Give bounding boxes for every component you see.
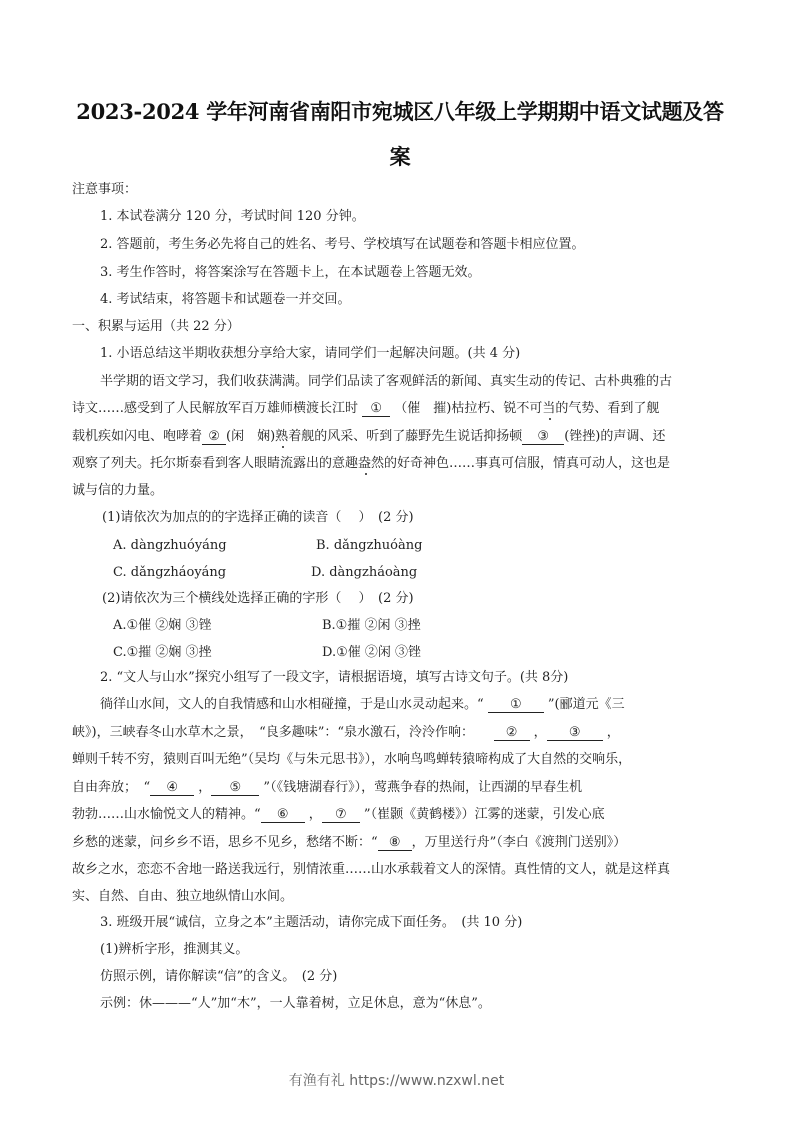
emphasis-dot-char: 当 [542,401,555,416]
option-a: A.①催 ②娴 ③锉 [113,617,211,635]
footer-watermark: 有渔有礼 https://www.nzxwl.net [0,1070,793,1090]
q1-sub1-stem: (1)请依次为加点的的字选择正确的读音（ ） (2 分) [102,509,414,527]
emphasis-dot-char: 熟 [275,429,288,444]
option-c: C. dǎngzháoyáng [113,564,226,582]
question-3-stem: 3. 班级开展“诚信，立身之本”主题活动，请你完成下面任务。 (共 10 分) [100,914,522,932]
blank-1: ① [488,697,544,713]
blank-2: ② [494,725,530,741]
notice-item: 3. 考生作答时，将答案涂写在答题卡上，在本试题卷上答题无效。 [100,264,481,282]
blank-1: ① [362,401,390,417]
q1-passage-line: 半学期的语文学习，我们收获满满。同学们品读了客观鲜活的新闻、真实生动的传记、古朴… [100,373,672,391]
notice-item: 4. 考试结束，将答题卡和试题卷一并交回。 [100,291,351,309]
emphasis-dot-char: 盎 [358,456,371,471]
question-1-stem: 1. 小语总结这半期收获想分享给大家，请同学们一起解决问题。(共 4 分) [100,345,520,363]
q1-passage-line: 诚与信的力量。 [72,482,163,500]
option-d: D. dàngzháoàng [311,564,417,582]
q1-passage-line: 诗文……感受到了人民解放军百万雄师横渡长江时 ① （催 摧)枯拉朽、锐不可当的气… [72,400,659,418]
page-title-line2: 案 [60,141,740,171]
page-title-line1: 2023-2024 学年河南省南阳市宛城区八年级上学期期中语文试题及答 [60,96,740,126]
blank-5: ⑤ [211,780,259,796]
blank-7: ⑦ [322,807,360,823]
q2-passage-line: 徜徉山水间，文人的自我情感和山水相碰撞，于是山水灵动起来。“ ① ”(郦道元《三 [100,696,625,714]
q2-passage-line: 自由奔放； “④ ，⑤ ”（《钱塘湖春行》），莺燕争春的热闹，让西湖的早春生机 [72,779,582,797]
q3-example: 示例：休———“人”加“木”，一人靠着树，立足休息，意为“休息”。 [100,995,491,1013]
q2-passage-line: 峡》)，三峡春冬山水草木之景， “良多趣味”：“泉水激石，泠泠作响： ② ，③ … [72,724,620,742]
exam-page: 2023-2024 学年河南省南阳市宛城区八年级上学期期中语文试题及答 案 注意… [0,0,793,1121]
q2-passage-line: 故乡之水，恋恋不舍地一路送我远行，别情浓重……山水承载着文人的深情。真性情的文人… [72,861,670,879]
q1-sub2-stem: (2)请依次为三个横线处选择正确的字形（ ） (2 分) [102,590,414,608]
notice-heading: 注意事项： [72,181,137,199]
q3-sub1: (1)辨析字形，推测其义。 [100,941,248,959]
q1-passage-line: 观察了列夫。托尔斯泰看到客人眼睛流露出的意趣盎然的好奇神色……事真可信服，情真可… [72,455,670,473]
option-b: B.①摧 ②闲 ③挫 [322,617,421,635]
blank-2: ② [202,429,226,445]
option-c: C.①摧 ②娴 ③挫 [113,644,212,662]
q2-passage-line: 实、自然、自由、独立地纵情山水间。 [72,888,293,906]
blank-3: ③ [547,725,603,741]
q2-passage-line: 蝉则千转不穷，猿则百叫无绝”（吴均《与朱元思书》），水响鸟鸣蝉转猿啼构成了大自然… [72,751,631,769]
option-a: A. dàngzhuóyáng [113,537,227,555]
notice-item: 2. 答题前，考生务必先将自己的姓名、考号、学校填写在试题卷和答题卡相应位置。 [100,236,585,254]
blank-8: ⑧ [378,835,412,851]
section-heading: 一、积累与运用（共 22 分） [72,318,240,336]
question-2-stem: 2. “文人与山水”探究小组写了一段文字，请根据语境，填写古诗文句子。(共 8分… [100,669,568,687]
q3-instruction: 仿照示例，请你解读“信”的含义。 (2 分) [100,968,337,986]
blank-6: ⑥ [261,807,305,823]
notice-item: 1. 本试卷满分 120 分，考试时间 120 分钟。 [100,208,365,226]
blank-3: ③ [522,429,564,445]
option-d: D.①催 ②闲 ③锉 [322,644,421,662]
q2-passage-line: 乡愁的迷蒙，问乡乡不语，思乡不见乡，愁绪不断：“⑧，万里送行舟”（李白《渡荆门送… [72,834,626,852]
q1-passage-line: 载机疾如闪电、咆哮着②(闲 娴)熟着舰的风采、听到了藤野先生说话抑扬顿③(锉挫)… [72,428,665,446]
q2-passage-line: 勃勃……山水愉悦文人的精神。“⑥ ，⑦ ”（崔颢《黄鹤楼》）江雾的迷蒙，引发心底 [72,806,605,824]
blank-4: ④ [150,780,194,796]
option-b: B. dǎngzhuóàng [316,537,422,555]
